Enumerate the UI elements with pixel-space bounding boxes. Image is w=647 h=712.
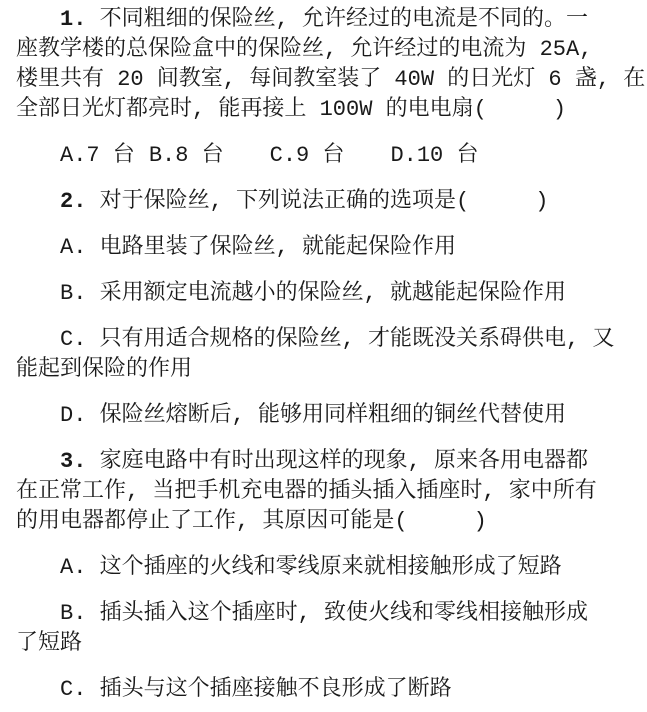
question-2-option-a: A. 电路里装了保险丝, 就能起保险作用 <box>16 233 639 263</box>
line-text: 对于保险丝, 下列说法正确的选项是( ) <box>86 189 548 214</box>
text-line: 3. 家庭电路中有时出现这样的现象, 原来各用电器都 <box>16 447 639 477</box>
question-1-options: A.7 台B.8 台C.9 台D.10 台 <box>16 141 639 171</box>
text-line: 2. 对于保险丝, 下列说法正确的选项是( ) <box>16 187 639 217</box>
line-text: A. 电路里装了保险丝, 就能起保险作用 <box>60 235 456 260</box>
text-line: A. 这个插座的火线和零线原来就相接触形成了短路 <box>16 553 639 583</box>
text-line: C. 只有用适合规格的保险丝, 才能既没关系碍供电, 又 <box>16 325 639 355</box>
line-text: B. 插头插入这个插座时, 致使火线和零线相接触形成 <box>60 601 588 626</box>
line-text: 不同粗细的保险丝, 允许经过的电流是不同的。一 <box>86 7 588 32</box>
text-line: 楼里共有 20 间教室, 每间教室装了 40W 的日光灯 6 盏, 在 <box>16 65 639 95</box>
question-2-option-c: C. 只有用适合规格的保险丝, 才能既没关系碍供电, 又能起到保险的作用 <box>16 325 639 385</box>
line-text: 能起到保险的作用 <box>16 357 192 382</box>
text-line: B. 采用额定电流越小的保险丝, 就越能起保险作用 <box>16 279 639 309</box>
text-line: A. 电路里装了保险丝, 就能起保险作用 <box>16 233 639 263</box>
question-3-option-c: C. 插头与这个插座接触不良形成了断路 <box>16 675 639 705</box>
line-text: C. 只有用适合规格的保险丝, 才能既没关系碍供电, 又 <box>60 327 614 352</box>
text-line: 的用电器都停止了工作, 其原因可能是( ) <box>16 507 639 537</box>
text-line: 能起到保险的作用 <box>16 355 639 385</box>
option-b: B.8 台 <box>149 141 224 171</box>
text-line: 1. 不同粗细的保险丝, 允许经过的电流是不同的。一 <box>16 5 639 35</box>
line-text: C. 插头与这个插座接触不良形成了断路 <box>60 677 452 702</box>
question-3-option-a: A. 这个插座的火线和零线原来就相接触形成了短路 <box>16 553 639 583</box>
line-text: 全部日光灯都亮时, 能再接上 100W 的电电扇( ) <box>16 97 566 122</box>
question-number: 3. <box>60 449 86 474</box>
line-text: 了短路 <box>16 631 82 656</box>
option-d: D.10 台 <box>390 141 478 171</box>
line-text: 在正常工作, 当把手机充电器的插头插入插座时, 家中所有 <box>16 479 597 504</box>
line-text: 座教学楼的总保险盒中的保险丝, 允许经过的电流为 25A, <box>16 37 592 62</box>
question-3: 3. 家庭电路中有时出现这样的现象, 原来各用电器都在正常工作, 当把手机充电器… <box>16 447 639 537</box>
line-text: 楼里共有 20 间教室, 每间教室装了 40W 的日光灯 6 盏, 在 <box>16 67 645 92</box>
text-line: C. 插头与这个插座接触不良形成了断路 <box>16 675 639 705</box>
text-line: 了短路 <box>16 629 639 659</box>
option-a: A.7 台 <box>60 141 135 171</box>
option-c: C.9 台 <box>270 141 345 171</box>
text-line: B. 插头插入这个插座时, 致使火线和零线相接触形成 <box>16 599 639 629</box>
text-line: D. 保险丝熔断后, 能够用同样粗细的铜丝代替使用 <box>16 401 639 431</box>
question-1: 1. 不同粗细的保险丝, 允许经过的电流是不同的。一座教学楼的总保险盒中的保险丝… <box>16 5 639 125</box>
line-text: D. 保险丝熔断后, 能够用同样粗细的铜丝代替使用 <box>60 403 566 428</box>
line-text: 家庭电路中有时出现这样的现象, 原来各用电器都 <box>86 449 588 474</box>
options-row: A.7 台B.8 台C.9 台D.10 台 <box>16 141 639 171</box>
question-2-option-b: B. 采用额定电流越小的保险丝, 就越能起保险作用 <box>16 279 639 309</box>
question-2: 2. 对于保险丝, 下列说法正确的选项是( ) <box>16 187 639 217</box>
line-text: B. 采用额定电流越小的保险丝, 就越能起保险作用 <box>60 281 566 306</box>
question-number: 2. <box>60 189 86 214</box>
text-line: 座教学楼的总保险盒中的保险丝, 允许经过的电流为 25A, <box>16 35 639 65</box>
line-text: 的用电器都停止了工作, 其原因可能是( ) <box>16 509 487 534</box>
text-line: 在正常工作, 当把手机充电器的插头插入插座时, 家中所有 <box>16 477 639 507</box>
text-line: 全部日光灯都亮时, 能再接上 100W 的电电扇( ) <box>16 95 639 125</box>
question-number: 1. <box>60 7 86 32</box>
question-2-option-d: D. 保险丝熔断后, 能够用同样粗细的铜丝代替使用 <box>16 401 639 431</box>
worksheet-page: 1. 不同粗细的保险丝, 允许经过的电流是不同的。一座教学楼的总保险盒中的保险丝… <box>0 0 647 712</box>
line-text: A. 这个插座的火线和零线原来就相接触形成了短路 <box>60 555 562 580</box>
question-3-option-b: B. 插头插入这个插座时, 致使火线和零线相接触形成了短路 <box>16 599 639 659</box>
